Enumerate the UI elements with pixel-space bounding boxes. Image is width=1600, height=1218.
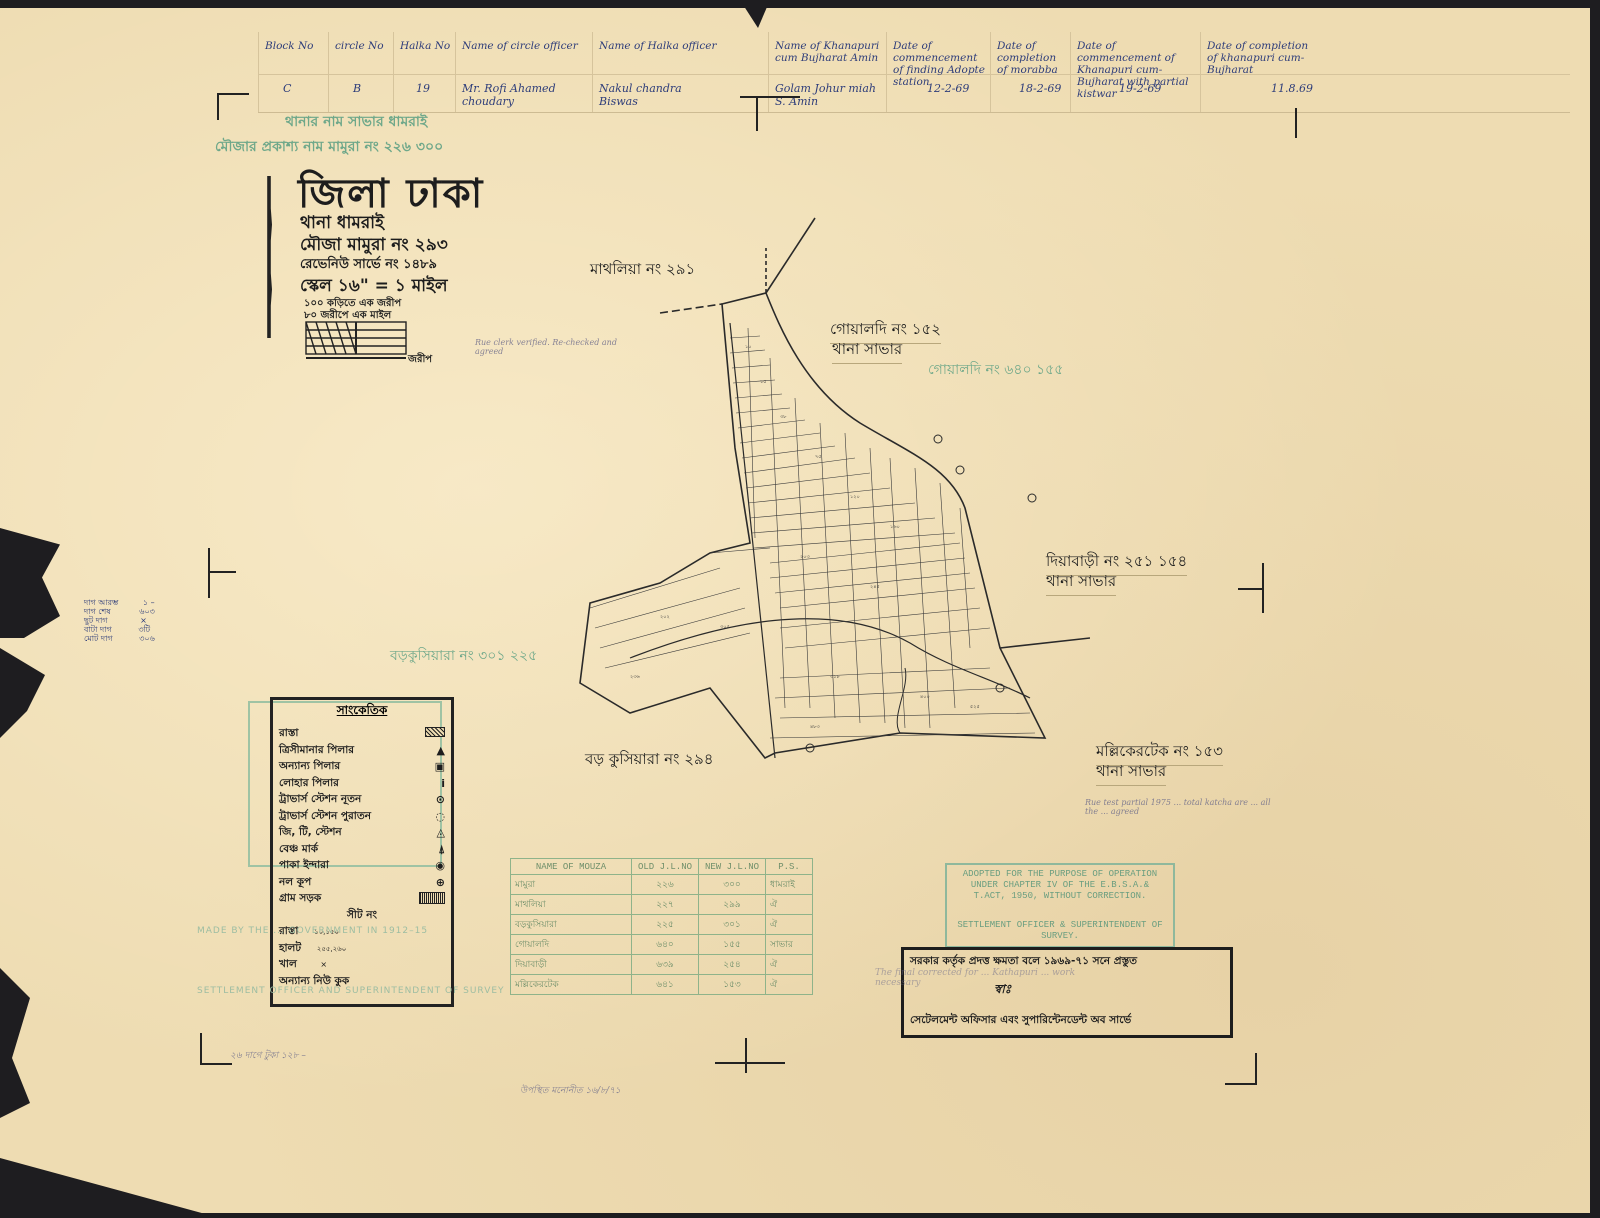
svg-text:৭৫: ৭৫ [815, 454, 822, 460]
handwritten-note: Rue test partial 1975 ... total katcha a… [1085, 798, 1285, 816]
handwritten-note: Rue clerk verified. Re-checked and agree… [475, 338, 635, 356]
header-value: C [283, 82, 325, 95]
neighbor-green-goaldi: গোয়ালদি নং ৬৪০ ১৫৫ [928, 358, 1063, 382]
thana-name-green: থানার নাম সাভার ধামরাই [285, 110, 427, 134]
map-legend: সাংকেতিক রাস্তা ত্রিসীমানার পিলার▲ অন্যা… [270, 697, 454, 1007]
svg-text:২৪৫: ২৪৫ [870, 584, 880, 590]
plot-summary-value: ১ – [143, 598, 155, 607]
iron-pillar-icon: i [441, 777, 445, 790]
ring-icon: ◉ [435, 859, 445, 872]
svg-text:১৬০: ১৬০ [890, 524, 900, 530]
made-by-text: MADE BY THE ... GOVERNMENT IN 1912–15 [197, 926, 428, 936]
header-value: 19-2-69 [1119, 82, 1197, 95]
plot-summary-value: ৩টি [138, 625, 150, 634]
legend-item: গ্রাম সড়ক [273, 891, 451, 908]
officer-title: সেটেলমেন্ট অফিসার এবং সুপারিন্টেনডেন্ট অ… [910, 1013, 1131, 1030]
header-value: 19 [416, 82, 452, 95]
benchmark-icon: ⍋ [438, 843, 445, 857]
adoption-stamp: ADOPTED FOR THE PURPOSE OF OPERATION UND… [945, 863, 1175, 948]
table-row: মাথলিয়া২২৭২৯৯ঐ [511, 895, 813, 915]
legend-item: লোহার পিলারi [273, 776, 451, 793]
header-heading: Date of commencement of finding Adopte s… [893, 40, 987, 88]
title-ornament [266, 176, 272, 338]
svg-text:৪০০: ৪০০ [920, 694, 930, 700]
legend-item: রাস্তা [273, 726, 451, 743]
svg-text:৩১৮: ৩১৮ [830, 674, 840, 680]
handwritten-note: ২৬ দাগে টুকা ১২৮ – [230, 1048, 306, 1063]
header-value: 12-2-69 [927, 82, 987, 95]
svg-text:৪৮৩: ৪৮৩ [810, 724, 820, 730]
crossed-circle-icon: ⊕ [436, 876, 445, 889]
header-value: Nakul chandra Biswas [599, 82, 723, 108]
header-value: 11.8.69 [1271, 82, 1317, 95]
hatched-box-icon [425, 727, 445, 737]
svg-text:১৫: ১৫ [760, 379, 767, 385]
neighbor-thana-goaldi: থানা সাভার [832, 338, 902, 364]
legend-sheet-no: সীট নং [273, 908, 451, 925]
table-header: NAME OF MOUZA [511, 859, 632, 875]
legend-item: নল কূপ⊕ [273, 875, 451, 892]
handwritten-note: The final corrected for ... Kathapuri ..… [875, 968, 1115, 988]
table-row: মল্লিকেরটেক৬৪১১৫৩ঐ [511, 975, 813, 995]
table-header: NEW J.L.NO [699, 859, 766, 875]
plot-summary-value: × [140, 616, 147, 625]
legend-extra-row: খাল × [273, 957, 451, 974]
table-row: দিয়াবাড়ী৬৩৯২৫৪ঐ [511, 955, 813, 975]
triangle-icon: ◬ [437, 826, 445, 839]
torn-edge [0, 968, 30, 1118]
adoption-signer: SETTLEMENT OFFICER & SUPERINTENDENT OF S… [951, 920, 1169, 942]
legend-item: ত্রিসীমানার পিলার▲ [273, 743, 451, 760]
svg-text:২০২: ২০২ [660, 614, 670, 620]
table-row: মামুরা২২৬৩০০ধামরাই [511, 875, 813, 895]
legend-item: জি, টি, স্টেশন◬ [273, 825, 451, 842]
mouza-map: ১০১৫৩৮৭৫ ১২০১৬০২০৩২৪৫ ২০২২৩৬৩১৮৪০০ ৫২৫৪৮… [570, 208, 1090, 788]
handwritten-note: উপস্থিত মনোনীত ১৬/৮/৭১ [520, 1083, 621, 1098]
neighbor-label-mathlia: মাথলিয়া নং ২৯১ [590, 258, 695, 283]
legend-item: অন্যান্য পিলার▣ [273, 759, 451, 776]
table-header: P.S. [766, 859, 813, 875]
neighbor-label-borokusiara: বড় কুসিয়ারা নং ২৯৪ [585, 748, 713, 773]
filled-triangle-icon: ▲ [437, 744, 445, 757]
open-circle-icon: ◌ [435, 810, 445, 823]
legend-title: সাংকেতিক [273, 702, 451, 722]
scale-bar-unit: জরীপ [408, 352, 432, 369]
svg-text:৩৮: ৩৮ [780, 414, 787, 420]
plot-summary-value: ৬০৩ [139, 607, 155, 616]
header-value: 18-2-69 [1019, 82, 1067, 95]
plot-summary-label: ছুট দাগ [84, 616, 108, 625]
registration-mark [217, 93, 249, 120]
registration-mark [200, 1033, 232, 1065]
legend-item: পাকা ইন্দারা◉ [273, 858, 451, 875]
svg-text:২০৩: ২০৩ [800, 554, 811, 560]
torn-edge [0, 1158, 220, 1218]
header-heading: Name of Khanapuri cum Bujharat Amin [775, 40, 883, 64]
header-heading: Halka No [400, 40, 452, 52]
mouza-public-name-green: মৌজার প্রকাশ্য নাম মামুরা নং ২২৬ ৩০০ [215, 135, 443, 159]
map-sheet: Block NoC circle NoB Halka No19 Name of … [0, 8, 1590, 1213]
plot-summary-value: ৩০৬ [139, 634, 155, 643]
header-heading: Name of circle officer [462, 40, 589, 52]
plot-summary: দাগ আরম্ভ ১ – দাগ শেষ ৬০৩ ছুট দাগ × বাটা… [84, 598, 155, 643]
plot-summary-label: দাগ আরম্ভ [84, 598, 118, 607]
svg-text:১২০: ১২০ [850, 494, 860, 500]
header-heading: Name of Halka officer [599, 40, 723, 52]
circle-dot-icon: ⊙ [436, 793, 445, 806]
header-heading: Date of completion of morabba [997, 40, 1067, 76]
government-stamp: সরকার কর্তৃক প্রদত্ত ক্ষমতা বলে ১৯৬৯-৭১ … [901, 947, 1233, 1038]
torn-edge [740, 0, 770, 28]
header-heading: Date of completion of khanapuri cum-Bujh… [1207, 40, 1317, 76]
registration-mark [208, 548, 240, 598]
header-value: Golam Johur miah S. Amin [775, 82, 883, 108]
adoption-text: ADOPTED FOR THE PURPOSE OF OPERATION UND… [947, 865, 1173, 902]
svg-text:১০: ১০ [745, 344, 752, 350]
neighbor-thana-diabari: থানা সাভার [1046, 570, 1116, 596]
table-header: OLD J.L.NO [632, 859, 699, 875]
header-value: B [353, 82, 390, 95]
pattern-box-icon [419, 892, 445, 904]
legend-item: ট্রাভার্স স্টেশন পুরাতন◌ [273, 809, 451, 826]
svg-text:২৩৬: ২৩৬ [630, 674, 641, 680]
table-row: বড়কুসিয়ারা২২৫৩০১ঐ [511, 915, 813, 935]
boxed-dot-icon: ▣ [435, 760, 445, 773]
neighbor-thana-mallikertek: থানা সাভার [1096, 760, 1166, 786]
registration-mark [1225, 1053, 1257, 1085]
torn-edge [0, 648, 45, 738]
settlement-green-text: SETTLEMENT OFFICER AND SUPERINTENDENT OF… [197, 986, 505, 996]
header-heading: Block No [265, 40, 325, 52]
legend-extra-row: হালট ২৫৫,২৬০ [273, 941, 451, 958]
registration-mark [1270, 108, 1297, 138]
table-row: গোয়ালদি৬৪০১৫৫সাভার [511, 935, 813, 955]
header-value: Mr. Rofi Ahamed choudary [462, 82, 589, 108]
svg-text:৩০৫: ৩০৫ [720, 624, 730, 630]
header-heading: circle No [335, 40, 390, 52]
plot-summary-label: মোট দাগ [84, 634, 113, 643]
torn-edge [0, 528, 60, 638]
svg-text:৫২৫: ৫২৫ [970, 704, 980, 710]
survey-header-table: Block NoC circle NoB Halka No19 Name of … [258, 32, 1570, 113]
neighbor-green-borokusiara: বড়কুসিয়ারা নং ৩০১ ২২৫ [390, 644, 537, 668]
mouza-reference-table: NAME OF MOUZA OLD J.L.NO NEW J.L.NO P.S.… [510, 858, 813, 995]
legend-item: বেঞ্চ মার্ক⍋ [273, 842, 451, 859]
legend-item: ট্রাভার্স স্টেশন নূতন⊙ [273, 792, 451, 809]
plot-summary-label: বাটা দাগ [84, 625, 112, 634]
plot-summary-label: দাগ শেষ [84, 607, 111, 616]
